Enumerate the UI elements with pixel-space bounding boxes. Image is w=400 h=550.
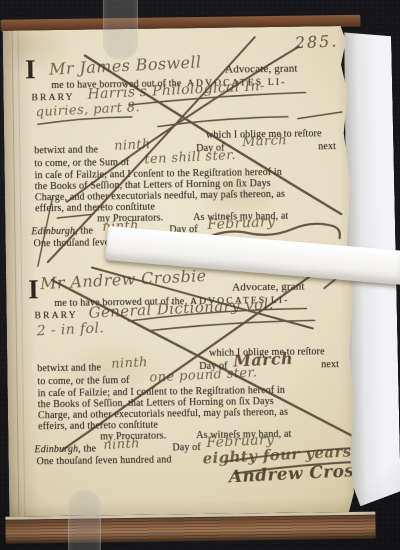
library-caps: BRARY	[34, 311, 77, 322]
penalty-sum: one pound ster.	[149, 365, 257, 385]
page-number: 285.	[294, 31, 339, 52]
printed-line: next	[321, 359, 339, 370]
printed-line: betwixt and the	[34, 144, 98, 156]
edinburgh-label: Edinburgh,	[31, 226, 78, 238]
printed-line: Edinburgh, the	[34, 443, 96, 455]
printed-line: One thouſand ſeven hundred and	[37, 454, 172, 467]
edinburgh-label: Edinburgh,	[34, 444, 81, 456]
plastic-strip-bottom	[68, 490, 101, 550]
plastic-strip-top	[103, 0, 138, 60]
return-month: March	[242, 133, 288, 150]
ink-stroke	[57, 215, 91, 218]
library-caps: BRARY	[31, 93, 74, 104]
printed-line: Day of	[172, 442, 201, 453]
signed-day: ninth	[103, 436, 140, 453]
printed-line: betwixt and the	[37, 362, 101, 374]
book-title: 2 - in fol.	[36, 320, 104, 339]
printed-line: Charge, and other executorials needful, …	[35, 189, 285, 203]
printed-line: Charge, and other executorials needful, …	[38, 407, 288, 421]
borrower-name: Mr Andrew Crosbie	[40, 266, 207, 293]
ink-stroke	[158, 117, 288, 127]
drop-cap: I	[28, 276, 39, 303]
printed-line: to come, or the Sum of	[34, 157, 129, 169]
printed-line: to come, or the ſum of	[37, 375, 129, 387]
signed-month: February	[207, 214, 276, 233]
printed-line: Advocate, grant	[225, 63, 298, 76]
the-label: the	[83, 443, 96, 454]
ink-stroke	[298, 112, 342, 119]
printed-line: next	[318, 141, 336, 152]
printed-line: Advocate, grant	[232, 281, 305, 294]
printed-line: Edinburgh, the	[31, 225, 93, 237]
ink-stroke	[149, 320, 315, 330]
penalty-sum: ten shill ster.	[144, 148, 236, 167]
return-day: ninth	[111, 355, 148, 372]
the-label: the	[80, 225, 93, 236]
page-fore-edge	[5, 512, 375, 544]
drop-cap: I	[25, 56, 36, 83]
gutter-crease	[18, 31, 26, 517]
